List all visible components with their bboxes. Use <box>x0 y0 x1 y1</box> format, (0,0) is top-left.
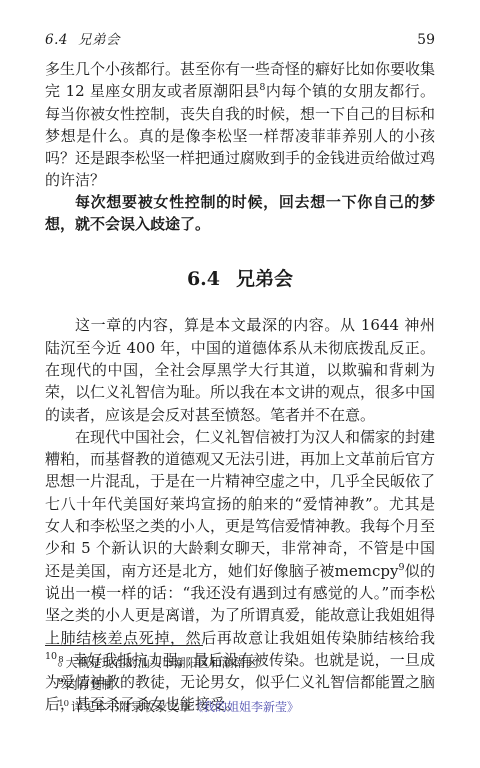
running-header: 6.4兄弟会 59 <box>45 28 435 48</box>
paragraph: 多生几个小孩都行。甚至你有一些奇怪的癖好比如你要收集完 12 星座女朋友或者原潮… <box>45 58 435 192</box>
text-run: 详见本书附录收录文章 <box>71 700 191 714</box>
section-heading-number: 6.4 <box>187 268 220 290</box>
page-number: 59 <box>417 32 435 48</box>
running-header-title: 6.4兄弟会 <box>45 28 120 48</box>
text-run: 大概是现在的汕头市潮阳区和潮南区 <box>66 656 258 670</box>
text-run: 每次想要被女性控制的时候，回去想一下你自己的梦想，就不会误入歧途了。 <box>45 194 435 233</box>
footnotes-area: 8大概是现在的汕头市潮阳区和潮南区9内存复制10详见本书附录收录文章《我的姐姐李… <box>45 645 435 718</box>
footnote-list: 8大概是现在的汕头市潮阳区和潮南区9内存复制10详见本书附录收录文章《我的姐姐李… <box>45 653 435 718</box>
paragraph: 这一章的内容，算是本文最深的内容。从 1644 神州陆沉至今近 400 年，中国… <box>45 314 435 425</box>
section-heading: 6.4兄弟会 <box>45 266 435 293</box>
footnote-link[interactable]: 《我的姐姐李新莹》 <box>191 700 299 714</box>
footnote-marker: 10 <box>58 699 69 709</box>
text-run: 在现代中国社会，仁义礼智信被打为汉人和儒家的封建糟粕，而基督教的道德观又无法引进… <box>45 428 435 580</box>
footnote-marker: 9 <box>58 677 63 687</box>
emphasis-paragraph: 每次想要被女性控制的时候，回去想一下你自己的梦想，就不会误入歧途了。 <box>45 192 435 237</box>
footnote-separator <box>45 645 203 646</box>
running-header-section-title: 兄弟会 <box>78 32 120 48</box>
text-run: 这一章的内容，算是本文最深的内容。从 1644 神州陆沉至今近 400 年，中国… <box>45 316 435 423</box>
document-page: 6.4兄弟会 59 多生几个小孩都行。甚至你有一些奇怪的癖好比如你要收集完 12… <box>0 0 480 768</box>
text-run: memcpy <box>335 562 399 580</box>
text-run: 内存复制 <box>66 678 114 692</box>
footnote-marker: 8 <box>58 655 63 665</box>
footnote: 10详见本书附录收录文章《我的姐姐李新莹》 <box>45 697 435 719</box>
running-header-section-number: 6.4 <box>45 32 68 48</box>
section-heading-title: 兄弟会 <box>236 269 293 290</box>
footnote: 8大概是现在的汕头市潮阳区和潮南区 <box>45 653 435 675</box>
page-body: 多生几个小孩都行。甚至你有一些奇怪的癖好比如你要收集完 12 星座女朋友或者原潮… <box>45 58 435 716</box>
footnote: 9内存复制 <box>45 675 435 697</box>
